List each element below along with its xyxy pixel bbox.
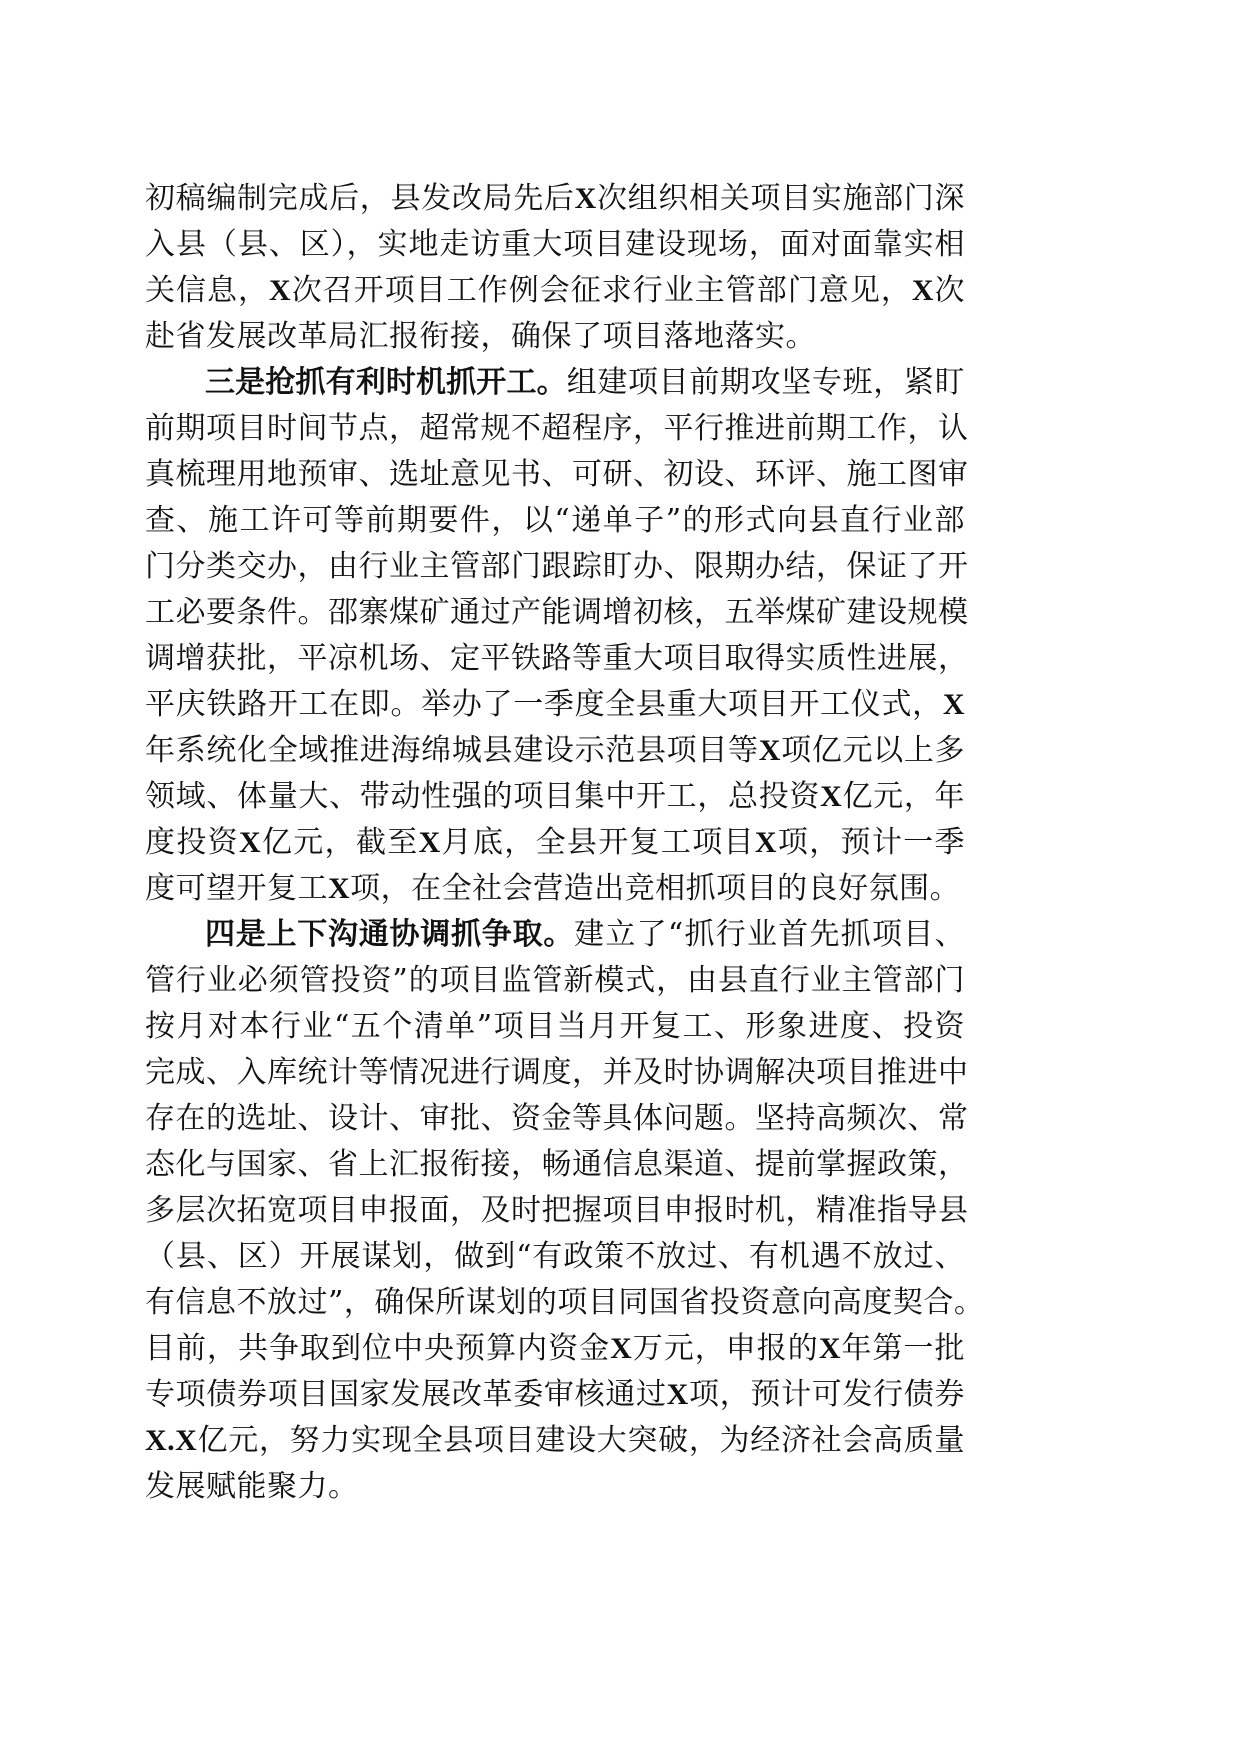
text-line: 存在的选址、设计、审批、资金等具体问题。坚持高频次、常 [145, 1096, 965, 1142]
paragraph-heading: 四是上下沟通协调抓争取。 [205, 917, 574, 952]
placeholder-x: X [610, 1332, 632, 1365]
text-line: 年系统化全域推进海绵城县建设示范县项目等X项亿元以上多 [145, 728, 965, 774]
text-line: 关信息，X次召开项目工作例会征求行业主管部门意见，X次 [145, 268, 965, 314]
text-line: 有信息不放过”，确保所谋划的项目同国省投资意向高度契合。 [145, 1280, 980, 1326]
text-line: 态化与国家、省上汇报衔接，畅通信息渠道、提前掌握政策， [145, 1142, 965, 1188]
text-line: 查、施工许可等前期要件，以“递单子”的形式向县直行业部 [145, 498, 965, 544]
text-line: 工必要条件。邵寨煤矿通过产能调增初核，五举煤矿建设规模 [145, 590, 965, 636]
paragraph-first-line: 四是上下沟通协调抓争取。建立了“抓行业首先抓项目、 [145, 912, 965, 958]
placeholder-x: X [667, 1378, 689, 1411]
text-line: 多层次拓宽项目申报面，及时把握项目申报时机，精准指导县 [145, 1188, 965, 1234]
text-line: 按月对本行业“五个清单”项目当月开复工、形象进度、投资 [145, 1004, 965, 1050]
text-line: 入县（县、区），实地走访重大项目建设现场，面对面靠实相 [145, 222, 965, 268]
document-page: 初稿编制完成后，县发改局先后X次组织相关项目实施部门深 入县（县、区），实地走访… [145, 176, 965, 1510]
text-line: 完成、入库统计等情况进行调度，并及时协调解决项目推进中 [145, 1050, 965, 1096]
text-line: 度投资X亿元，截至X月底，全县开复工项目X项，预计一季 [145, 820, 965, 866]
text-span: 建立了“抓行业首先抓项目、 [574, 917, 965, 952]
text-line: 真梳理用地预审、选址意见书、可研、初设、环评、施工图审 [145, 452, 965, 498]
text-span: 组建项目前期攻坚专班，紧盯 [567, 365, 965, 400]
placeholder-x: X [419, 826, 441, 859]
paragraph-heading: 三是抢抓有利时机抓开工。 [205, 365, 567, 400]
text-line: 门分类交办，由行业主管部门跟踪盯办、限期办结，保证了开 [145, 544, 965, 590]
text-line: （县、区）开展谋划，做到“有政策不放过、有机遇不放过、 [145, 1234, 965, 1280]
text-line: 发展赋能聚力。 [145, 1464, 965, 1510]
placeholder-x: X [239, 826, 261, 859]
paragraph-3: 四是上下沟通协调抓争取。建立了“抓行业首先抓项目、 管行业必须管投资”的项目监管… [145, 912, 965, 1510]
text-line: 初稿编制完成后，县发改局先后X次组织相关项目实施部门深 [145, 176, 965, 222]
placeholder-x: X [575, 182, 597, 215]
paragraph-first-line: 三是抢抓有利时机抓开工。组建项目前期攻坚专班，紧盯 [145, 360, 965, 406]
placeholder-x: X [820, 780, 842, 813]
placeholder-x: X.X [145, 1424, 197, 1457]
placeholder-x: X [269, 274, 291, 307]
paragraph-2: 三是抢抓有利时机抓开工。组建项目前期攻坚专班，紧盯 前期项目时间节点，超常规不超… [145, 360, 965, 912]
text-line: 管行业必须管投资”的项目监管新模式，由县直行业主管部门 [145, 958, 965, 1004]
placeholder-x: X [759, 734, 781, 767]
text-line: 目前，共争取到位中央预算内资金X万元，申报的X年第一批 [145, 1326, 965, 1372]
text-line: 度可望开复工X项，在全社会营造出竞相抓项目的良好氛围。 [145, 866, 965, 912]
placeholder-x: X [819, 1332, 841, 1365]
placeholder-x: X [943, 688, 965, 721]
placeholder-x: X [328, 872, 350, 905]
text-line: 平庆铁路开工在即。举办了一季度全县重大项目开工仪式，X [145, 682, 965, 728]
placeholder-x: X [912, 274, 934, 307]
placeholder-x: X [755, 826, 777, 859]
text-line: 前期项目时间节点，超常规不超程序，平行推进前期工作，认 [145, 406, 965, 452]
text-line: 领域、体量大、带动性强的项目集中开工，总投资X亿元，年 [145, 774, 965, 820]
text-line: 调增获批，平凉机场、定平铁路等重大项目取得实质性进展， [145, 636, 965, 682]
paragraph-1: 初稿编制完成后，县发改局先后X次组织相关项目实施部门深 入县（县、区），实地走访… [145, 176, 965, 360]
text-line: 赴省发展改革局汇报衔接，确保了项目落地落实。 [145, 314, 965, 360]
text-line: X.X亿元，努力实现全县项目建设大突破，为经济社会高质量 [145, 1418, 965, 1464]
text-line: 专项债券项目国家发展改革委审核通过X项，预计可发行债券 [145, 1372, 965, 1418]
